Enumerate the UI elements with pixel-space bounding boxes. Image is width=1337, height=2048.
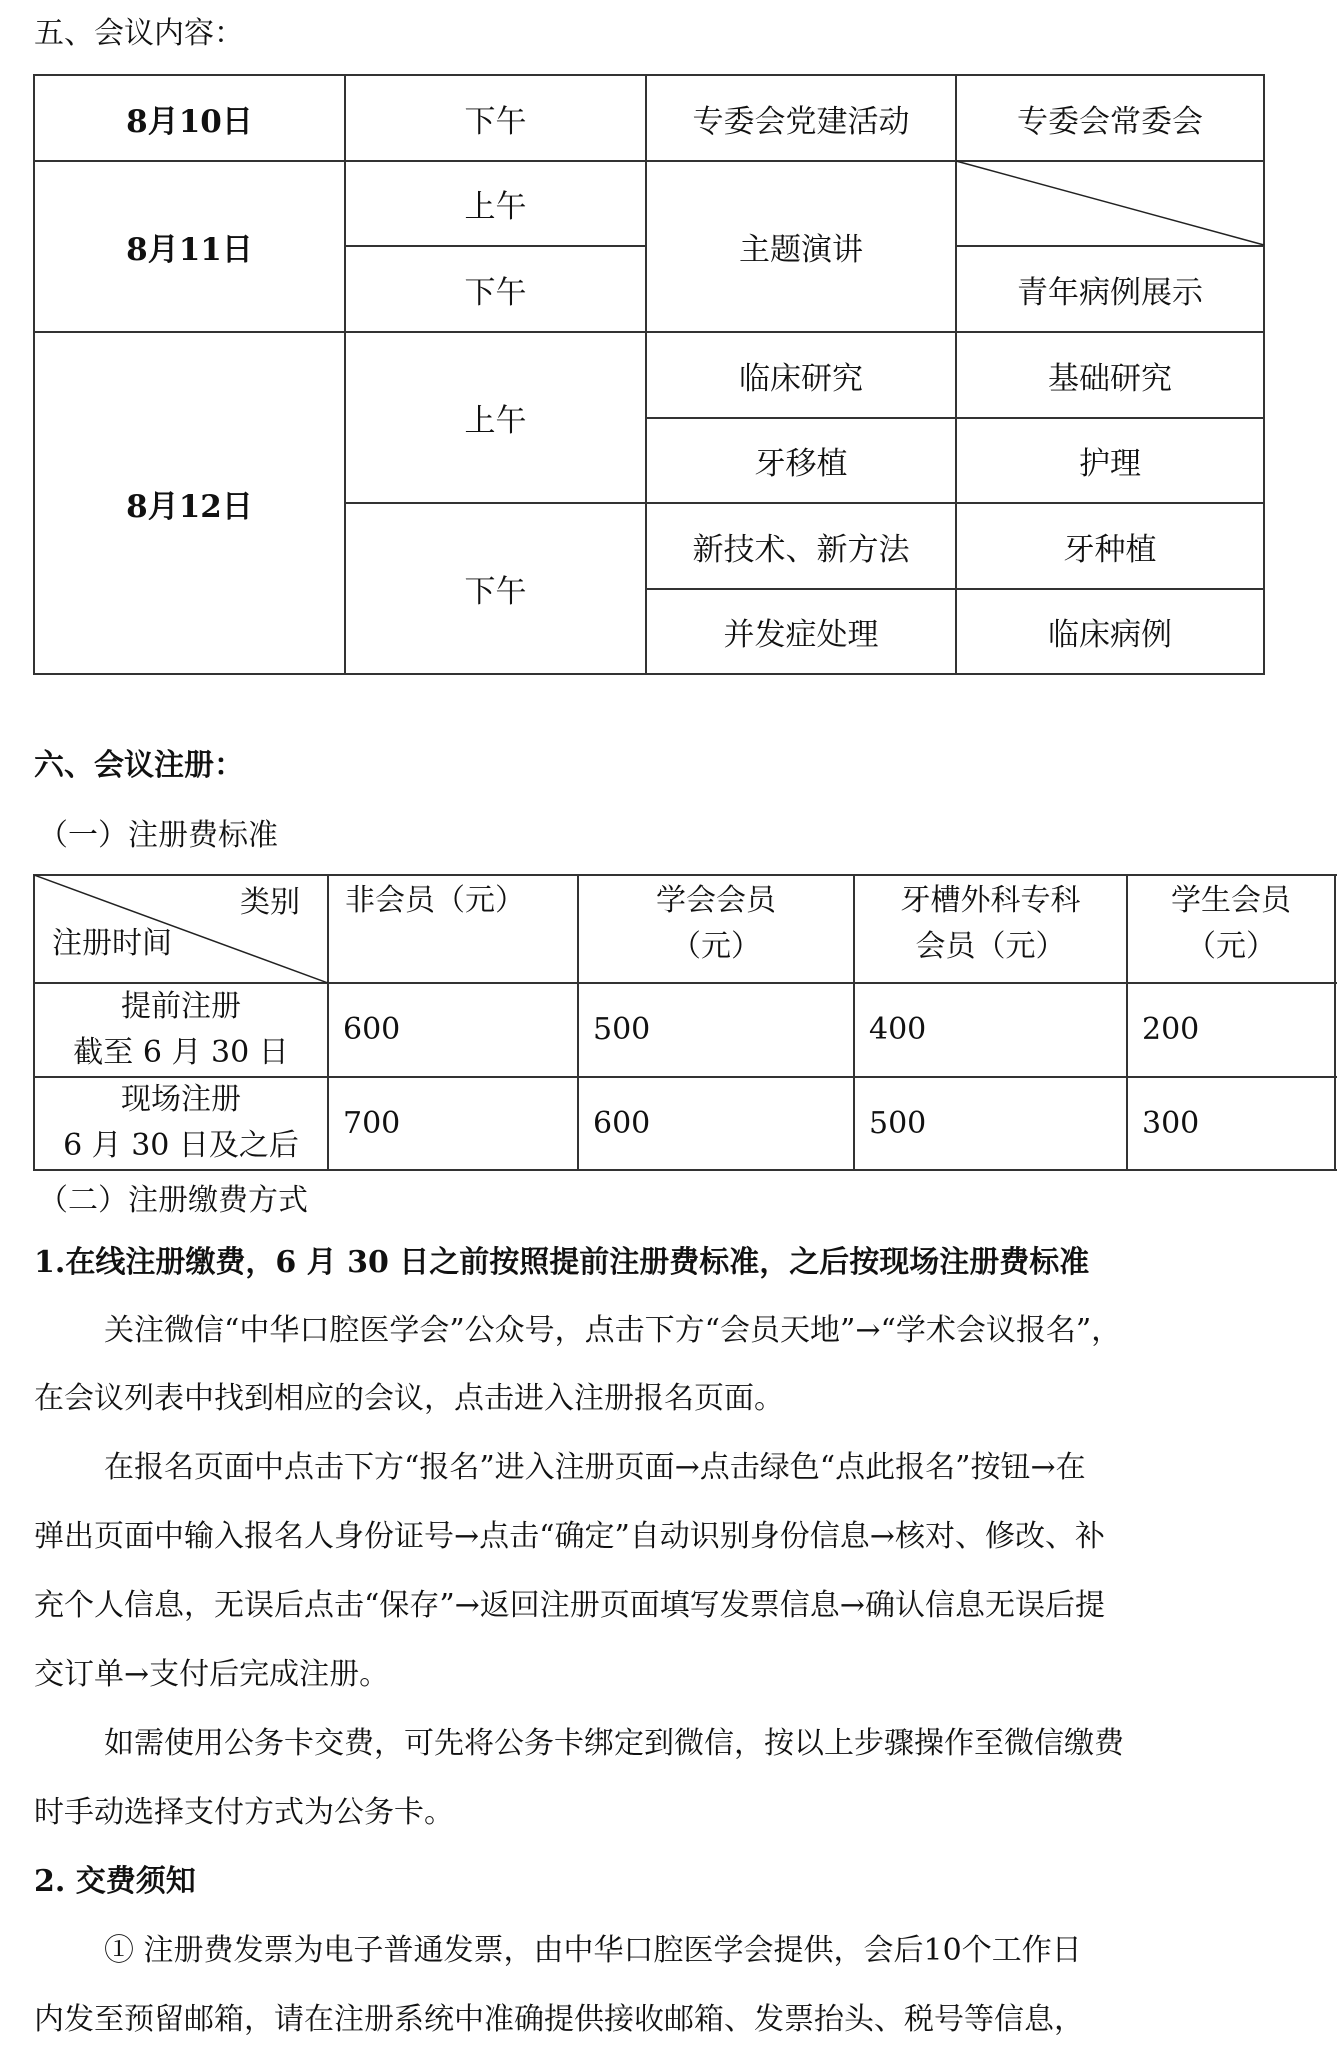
fee-early-student: 200 — [1128, 984, 1334, 1076]
corner-category-label: 类别 — [240, 880, 300, 926]
paragraph-line: 时手动选择支付方式为公务卡。 — [34, 1798, 1274, 1828]
header-specialty-member: 牙槽外科专科 会员（元） — [855, 878, 1126, 970]
fee-onsite-society: 600 — [579, 1078, 853, 1169]
row-onsite-label: 现场注册 6 月 30 日及之后 — [35, 1077, 327, 1169]
fee-onsite-student: 300 — [1128, 1078, 1334, 1169]
header-non-member: 非会员（元） — [345, 878, 577, 924]
paragraph-line: 交订单→支付后完成注册。 — [34, 1660, 1274, 1690]
paragraph-line: 弹出页面中输入报名人身份证号→点击“确定”自动识别身份信息→核对、修改、补 — [34, 1522, 1274, 1552]
header-student-member: 学生会员 （元） — [1128, 878, 1334, 970]
fee-early-specialty: 400 — [855, 984, 1126, 1076]
paragraph-line: 如需使用公务卡交费，可先将公务卡绑定到微信，按以上步骤操作至微信缴费 — [104, 1729, 1337, 1759]
fee-early-non-member: 600 — [329, 984, 577, 1076]
paragraph-line: 在会议列表中找到相应的会议，点击进入注册报名页面。 — [34, 1384, 1274, 1414]
payment-method-subtitle: （二）注册缴费方式 — [38, 1175, 308, 1219]
paragraph-line: 内发至预留邮箱，请在注册系统中准确提供接收邮箱、发票抬头、税号等信息， — [34, 2005, 1274, 2035]
header-society-member: 学会会员 （元） — [579, 878, 853, 970]
paragraph-line: ① 注册费发票为电子普通发票，由中华口腔医学会提供，会后10个工作日 — [104, 1936, 1337, 1966]
payment-notice-title: 2. 交费须知 — [34, 1867, 1274, 1897]
paragraph-line: 关注微信“中华口腔医学会”公众号，点击下方“会员天地”→“学术会议报名”， — [104, 1316, 1337, 1346]
corner-time-label: 注册时间 — [52, 921, 172, 967]
paragraph-line: 充个人信息，无误后点击“保存”→返回注册页面填写发票信息→确认信息无误后提 — [34, 1591, 1274, 1621]
online-payment-title: 1.在线注册缴费，6 月 30 日之前按照提前注册费标准，之后按现场注册费标准 — [34, 1248, 1274, 1278]
paragraph-line: 在报名页面中点击下方“报名”进入注册页面→点击绿色“点此报名”按钮→在 — [104, 1453, 1337, 1483]
fee-onsite-specialty: 500 — [855, 1078, 1126, 1169]
row-early-label: 提前注册 截至 6 月 30 日 — [35, 984, 327, 1076]
fee-onsite-non-member: 700 — [329, 1078, 577, 1169]
fee-table: 类别 注册时间 非会员（元） 学会会员 （元） 牙槽外科专科 会员（元） 学生会… — [0, 0, 1337, 1200]
fee-early-society: 500 — [579, 984, 853, 1076]
